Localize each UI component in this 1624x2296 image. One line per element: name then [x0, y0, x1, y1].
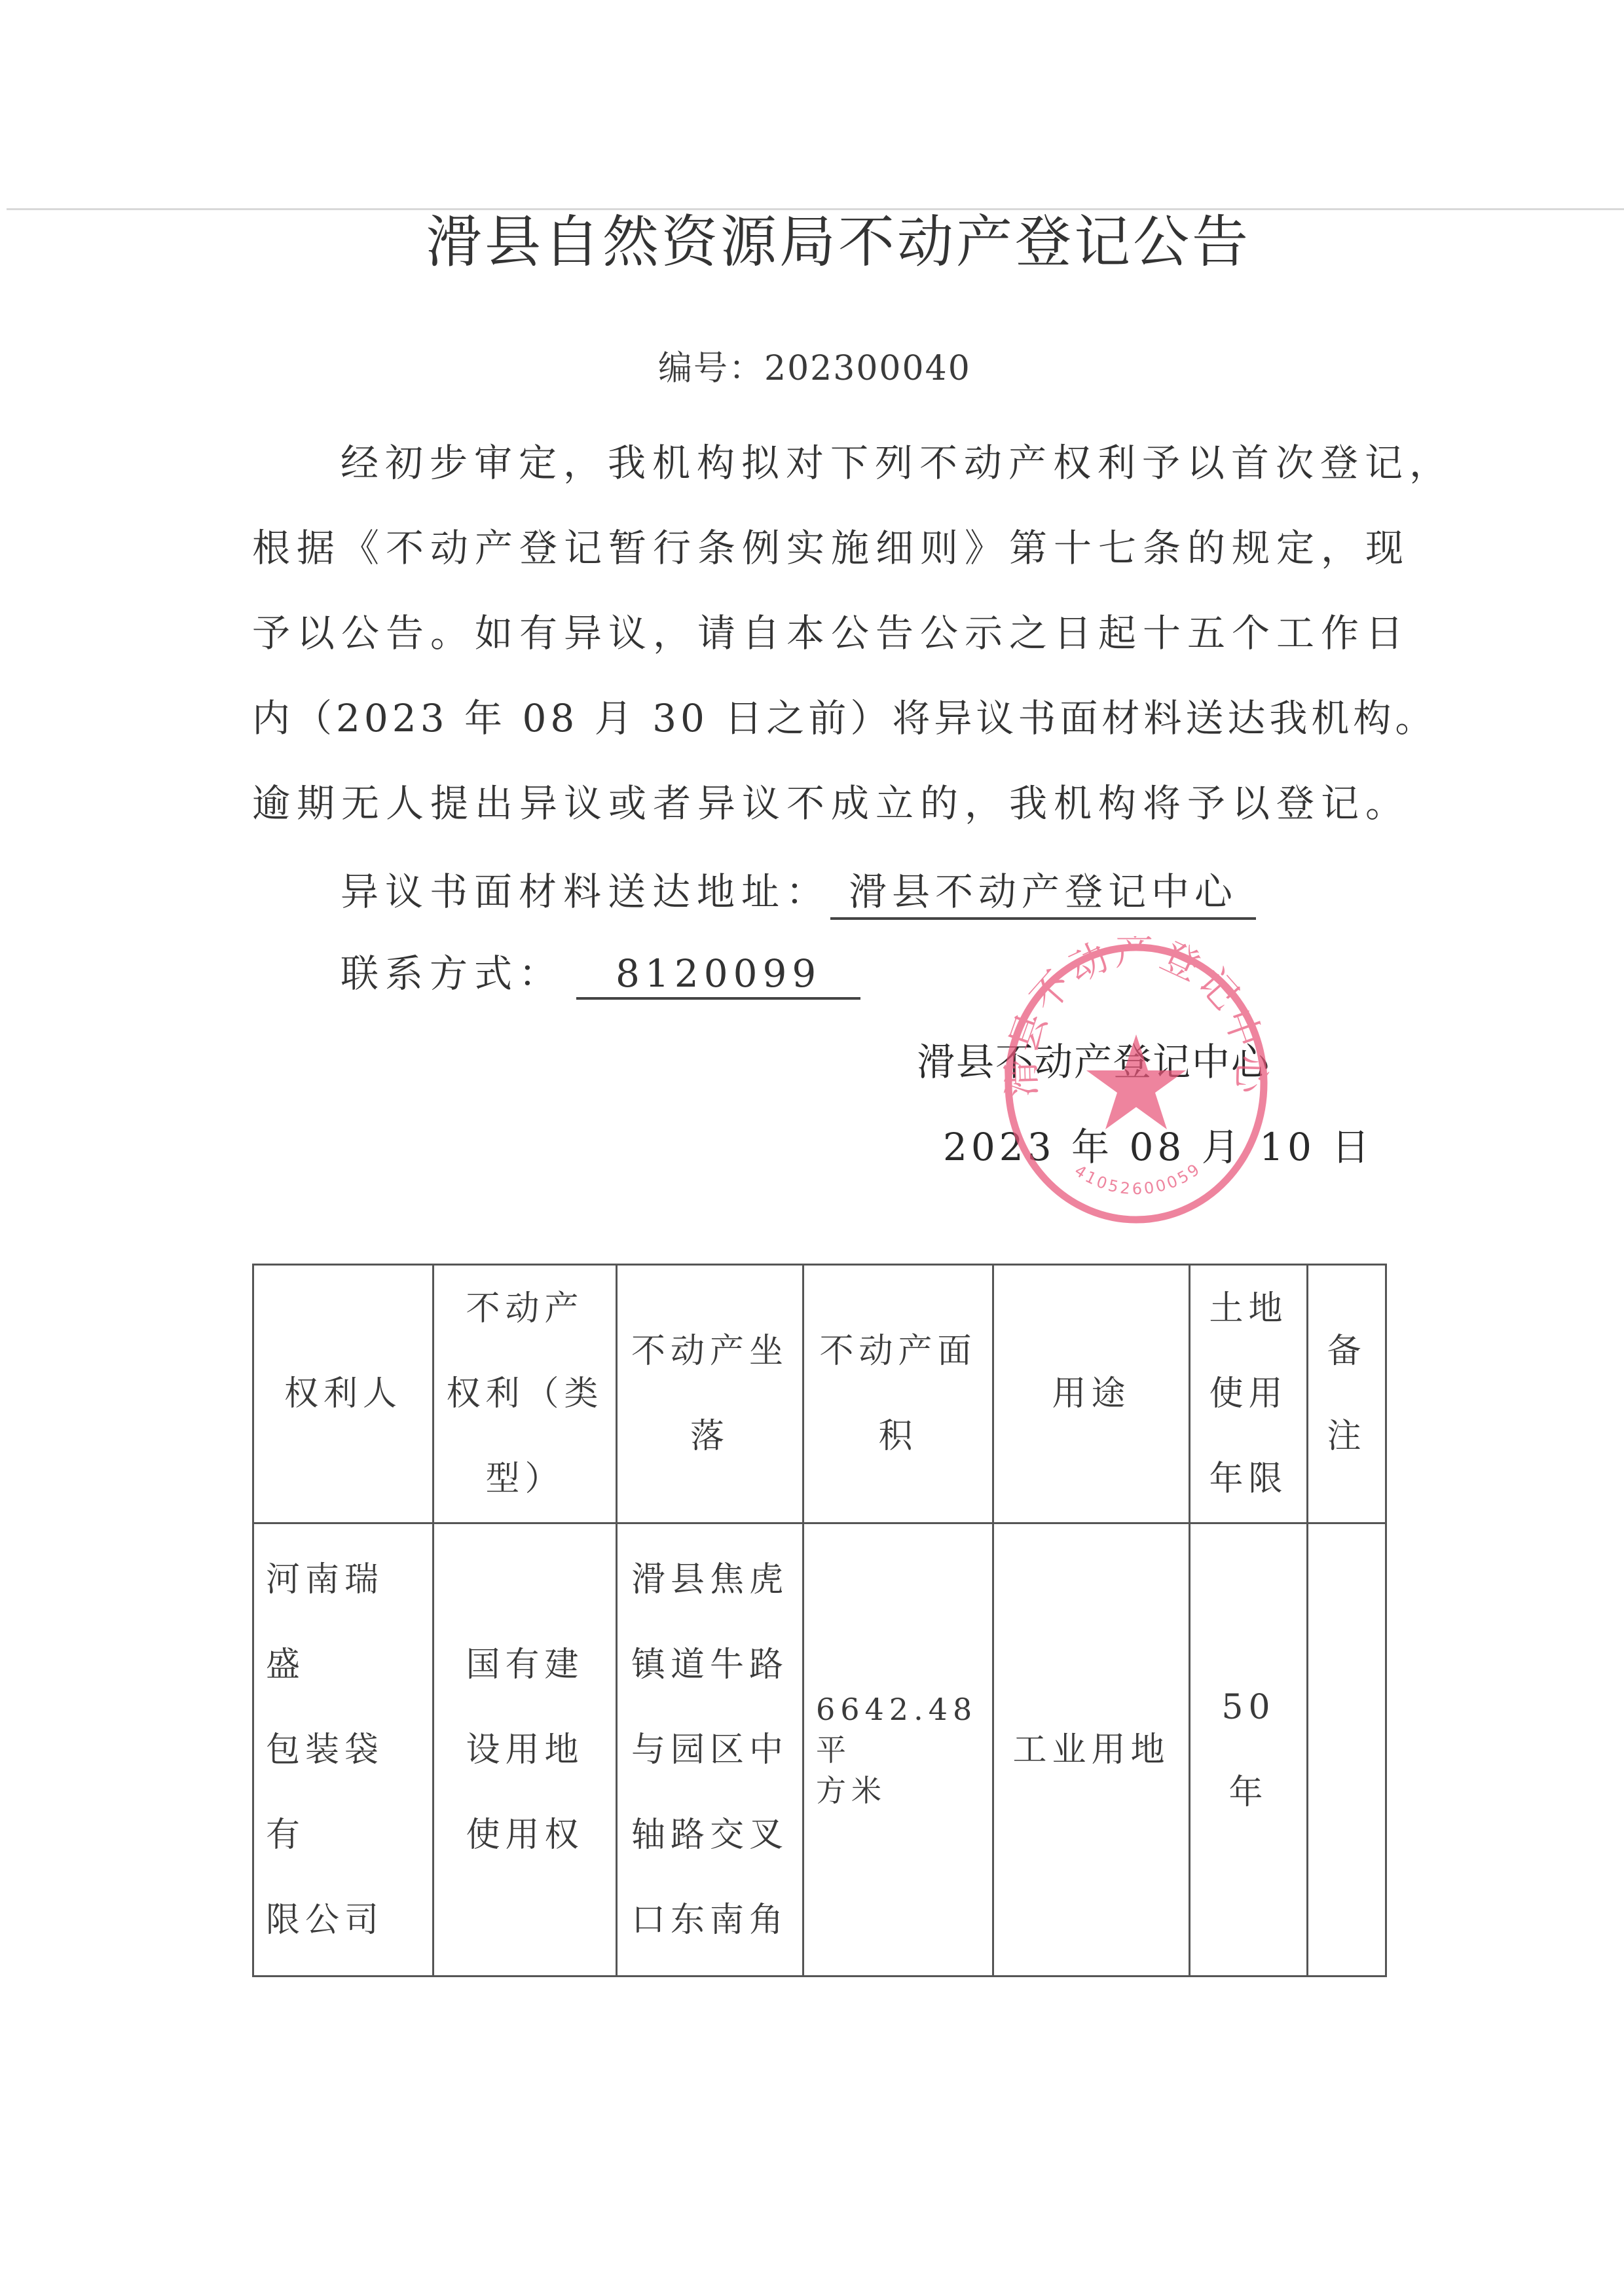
header-remarks: 备 注	[1308, 1265, 1386, 1523]
contact-value: 8120099	[576, 951, 860, 1000]
signature-org: 滑县不动产登记中心	[917, 1031, 1270, 1086]
contact-row: 联系方式：8120099	[341, 943, 860, 1000]
body-line: 根据《不动产登记暂行条例实施细则》第十七条的规定，现	[252, 517, 1410, 572]
cell-location: 滑县焦虎 镇道牛路 与园区中 轴路交叉 口东南角	[617, 1523, 803, 1977]
header-obligee: 权利人	[253, 1265, 434, 1523]
objection-address-value: 滑县不动产登记中心	[830, 861, 1256, 920]
contact-label: 联系方式：	[341, 951, 563, 996]
objection-address-row: 异议书面材料送达地址：滑县不动产登记中心	[341, 861, 1256, 920]
document-number-value: 202300040	[764, 349, 971, 388]
table-header-row: 权利人 不动产 权利（类 型） 不动产坐 落 不动产面 积 用途 土地 使用 年…	[253, 1265, 1386, 1523]
cell-obligee: 河南瑞盛 包装袋有 限公司	[253, 1523, 434, 1977]
cell-usage: 工业用地	[993, 1523, 1190, 1977]
cell-right-type: 国有建 设用地 使用权	[434, 1523, 617, 1977]
header-usage: 用途	[993, 1265, 1190, 1523]
body-line: 逾期无人提出异议或者异议不成立的，我机构将予以登记。	[252, 773, 1410, 828]
cell-area: 6642.48 平 方米	[803, 1523, 993, 1977]
objection-address-label: 异议书面材料送达地址：	[341, 869, 830, 914]
header-location: 不动产坐 落	[617, 1265, 803, 1523]
body-line: 予以公告。如有异议，请自本公告公示之日起十五个工作日	[252, 602, 1410, 657]
registration-table: 权利人 不动产 权利（类 型） 不动产坐 落 不动产面 积 用途 土地 使用 年…	[252, 1264, 1387, 1977]
cell-term: 50 年	[1190, 1523, 1308, 1977]
table-row: 河南瑞盛 包装袋有 限公司 国有建 设用地 使用权 滑县焦虎 镇道牛路 与园区中…	[253, 1523, 1386, 1977]
body-line: 经初步审定，我机构拟对下列不动产权利予以首次登记，	[341, 432, 1454, 487]
header-right-type: 不动产 权利（类 型）	[434, 1265, 617, 1523]
page-title: 滑县自然资源局不动产登记公告	[0, 196, 1624, 278]
signature-date: 2023 年 08 月 10 日	[943, 1116, 1373, 1171]
body-line: 内（2023 年 08 月 30 日之前）将异议书面材料送达我机构。	[252, 687, 1437, 742]
header-term: 土地 使用 年限	[1190, 1265, 1308, 1523]
cell-remarks	[1308, 1523, 1386, 1977]
document-number: 编号：202300040	[658, 340, 971, 390]
header-area: 不动产面 积	[803, 1265, 993, 1523]
document-number-label: 编号：	[658, 349, 764, 388]
